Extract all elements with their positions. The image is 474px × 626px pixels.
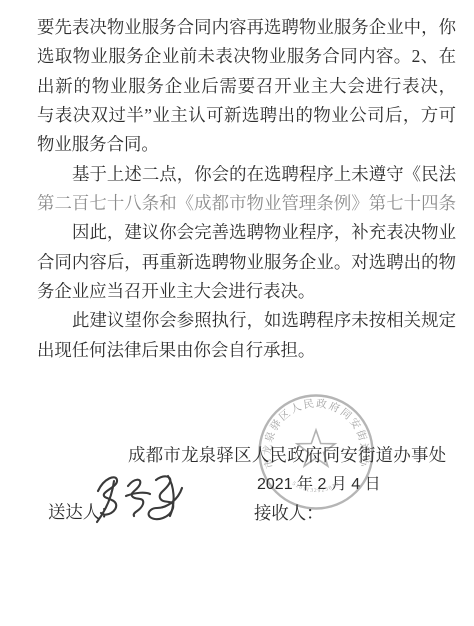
text-line: 选取物业服务企业前未表决物业服务合同内容。2、在选聘 <box>37 42 456 71</box>
handwritten-signature <box>90 466 190 533</box>
text-line: 此建议望你会参照执行，如选聘程序未按相关规定进行， <box>37 306 456 335</box>
receiver-label: 接收人： <box>254 499 324 524</box>
text-line: 出现任何法律后果由你会自行承担。 <box>37 336 456 365</box>
text-line: 合同内容后，再重新选聘物业服务企业。对选聘出的物业服 <box>37 248 456 277</box>
text-line: 务企业应当召开业主大会进行表决。 <box>37 277 456 306</box>
text-line: 因此，建议你会完善选聘物业程序，补充表决物业服务 <box>37 218 456 247</box>
text-line: 第二百七十八条和《成都市物业管理条例》第七十四条规定。 <box>37 189 456 218</box>
text-line: 基于上述二点，你会的在选聘程序上未遵守《民法典》 <box>37 160 456 189</box>
text-line: 物业服务合同。 <box>37 130 456 159</box>
text-line: 与表决双过半”业主认可新选聘出的物业公司后，方可签订 <box>37 101 456 130</box>
issue-date: 2021 年 2 月 4 日 <box>257 471 381 494</box>
text-line: 要先表决物业服务合同内容再选聘物业服务企业中，你会在 <box>37 13 456 42</box>
body-text: 要先表决物业服务合同内容再选聘物业服务企业中，你会在选取物业服务企业前未表决物业… <box>37 13 456 365</box>
text-line: 出新的物业服务企业后需要召开业主大会进行表决，待“参 <box>37 72 456 101</box>
issuing-office: 成都市龙泉驿区人民政府同安街道办事处 <box>128 441 446 466</box>
document-page: 要先表决物业服务合同内容再选聘物业服务企业中，你会在选取物业服务企业前未表决物业… <box>0 0 474 626</box>
